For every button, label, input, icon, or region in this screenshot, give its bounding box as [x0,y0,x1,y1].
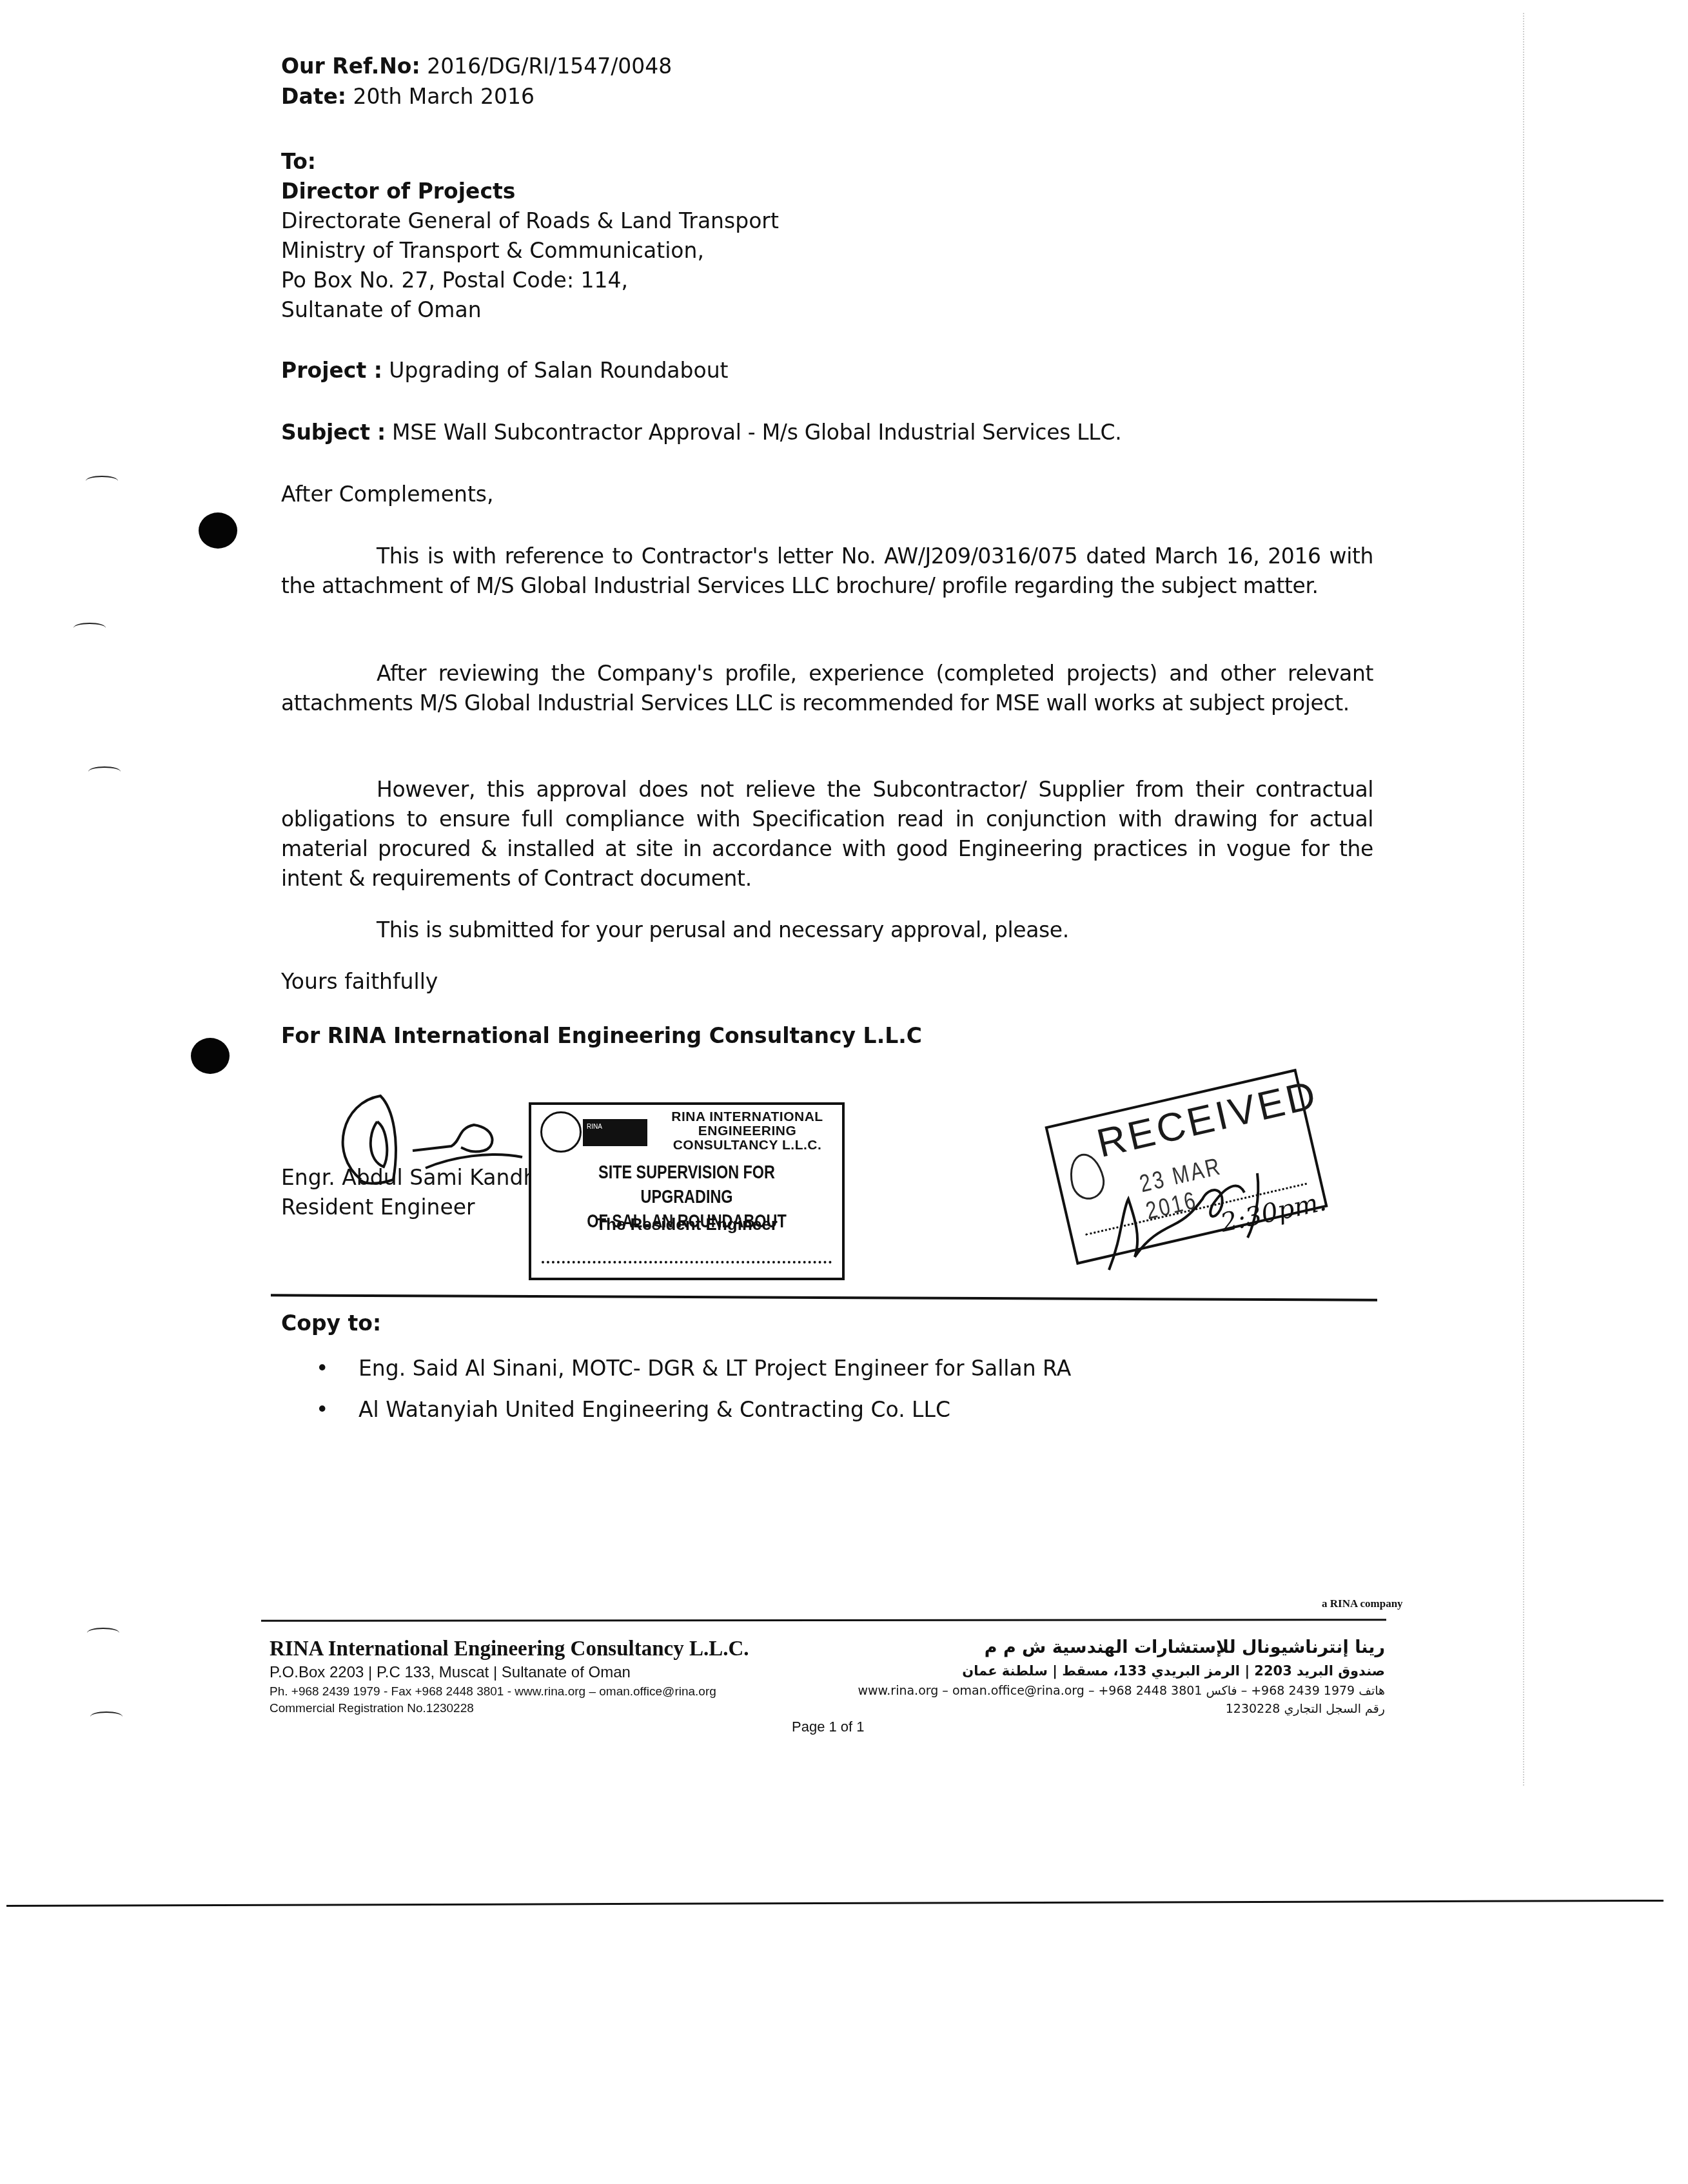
recipient-line: Po Box No. 27, Postal Code: 114, [281,266,628,295]
letter-date: Date: 20th March 2016 [281,82,535,112]
stamp-role: The Resident Engineer [531,1214,842,1234]
margin-mark [88,766,121,777]
reference-number: Our Ref.No: 2016/DG/RI/1547/0048 [281,52,672,81]
copy-divider [271,1294,1377,1301]
footer-registration: Commercial Registration No.1230228 [270,1701,474,1717]
rina-logo-icon [540,1111,582,1153]
margin-mark [87,1628,119,1638]
subject-label: Subject : [281,420,386,445]
signatory-title: Resident Engineer [281,1193,475,1222]
signatory-organization: For RINA International Engineering Consu… [281,1021,922,1051]
footer-arabic-contact: هاتف 1979 2439 968+ – فاكس 3801 2448 968… [858,1684,1385,1698]
copy-to-item: •Eng. Said Al Sinani, MOTC- DGR & LT Pro… [316,1354,1071,1383]
salutation: After Complements, [281,480,494,509]
stamp-signature-line [542,1261,832,1263]
margin-mark [74,623,106,633]
body-paragraph: However, this approval does not relieve … [281,775,1373,893]
recipient-line: Sultanate of Oman [281,295,482,325]
received-word: RECEIVED [1093,1071,1322,1167]
body-paragraph: After reviewing the Company's profile, e… [281,659,1373,718]
reference-value: 2016/DG/RI/1547/0048 [420,54,672,79]
rina-site-stamp: RINA RINA INTERNATIONAL ENGINEERING CONS… [529,1102,845,1280]
scanner-bottom-line [6,1900,1663,1907]
subject-value: MSE Wall Subcontractor Approval - M/s Gl… [386,420,1121,445]
stamp-heading: RINA INTERNATIONAL ENGINEERING CONSULTAN… [654,1110,841,1153]
project-label: Project : [281,358,382,383]
footer-arabic-address: صندوق البريد 2203 | الرمز البريدي 133، م… [962,1663,1385,1679]
bullet-icon: • [316,1395,358,1425]
scanner-edge-line [1523,13,1524,1786]
rina-logo-bar: RINA [583,1119,647,1146]
recipient-line: Directorate General of Roads & Land Tran… [281,206,779,236]
page-number: Page 1 of 1 [792,1719,865,1735]
footer-divider [261,1619,1386,1622]
footer-contact: Ph. +968 2439 1979 - Fax +968 2448 3801 … [270,1684,716,1701]
signatory-name: Engr. Abdul Sami Kandhir [281,1163,551,1193]
date-label: Date: [281,84,346,109]
project-line: Project : Upgrading of Salan Roundabout [281,356,729,385]
copy-to-item: •Al Watanyiah United Engineering & Contr… [316,1395,950,1425]
body-paragraph: This is with reference to Contractor's l… [281,541,1373,601]
recipient-title: Director of Projects [281,177,515,206]
copy-to-label: Copy to: [281,1309,381,1338]
margin-mark [90,1711,123,1722]
project-value: Upgrading of Salan Roundabout [382,358,729,383]
body-paragraph: This is submitted for your perusal and n… [281,915,1373,945]
footer-address: P.O.Box 2203 | P.C 133, Muscat | Sultana… [270,1664,631,1681]
closing: Yours faithfully [281,967,438,997]
margin-mark [86,476,118,486]
to-label: To: [281,147,316,177]
bullet-icon: • [316,1354,358,1383]
reference-label: Our Ref.No: [281,54,420,79]
date-value: 20th March 2016 [346,84,535,109]
recipient-line: Ministry of Transport & Communication, [281,236,704,266]
footer-company: RINA International Engineering Consultan… [270,1637,749,1661]
footer-tagline: a RINA company [1322,1597,1403,1610]
footer-arabic-company: رينا إنترناشيونال للإستشارات الهندسية ش … [985,1637,1385,1657]
subject-line: Subject : MSE Wall Subcontractor Approva… [281,418,1121,447]
punch-hole-bottom [191,1038,230,1074]
punch-hole-top [199,512,237,549]
footer-arabic-registration: رقم السجل التجاري 1230228 [1226,1702,1385,1716]
